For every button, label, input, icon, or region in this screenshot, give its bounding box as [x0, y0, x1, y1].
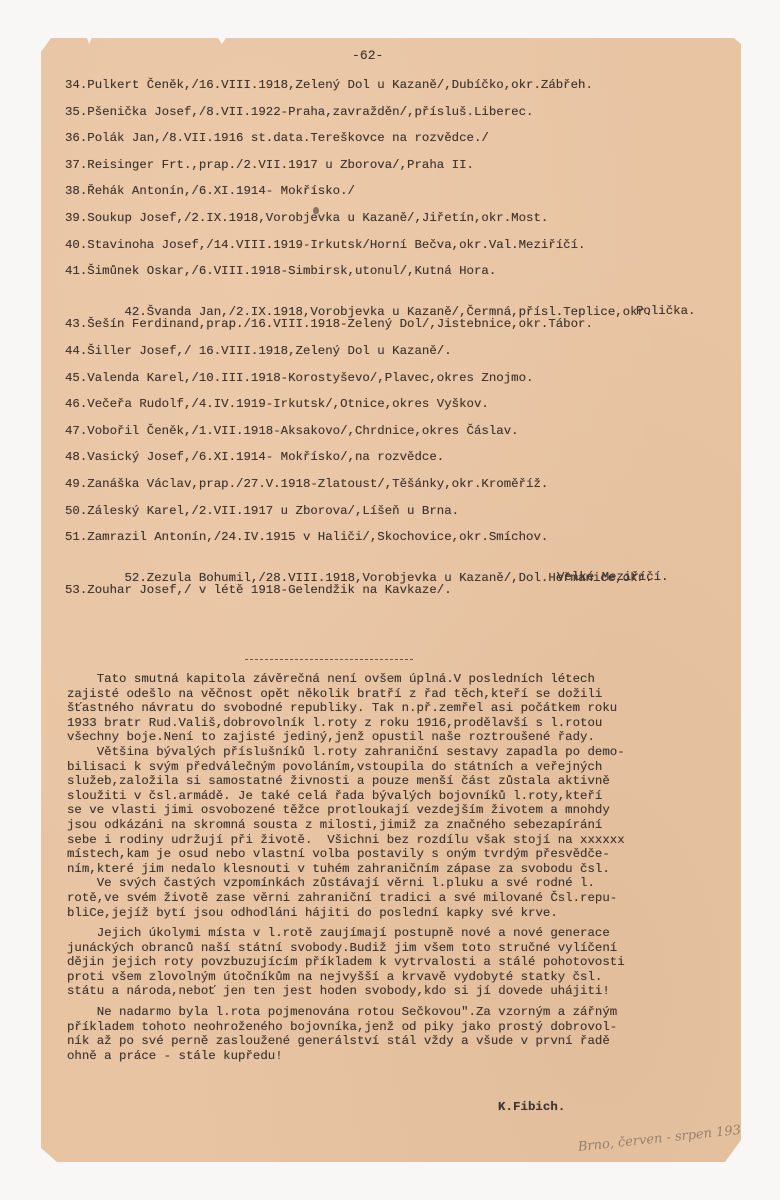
- list-item: 44.Šiller Josef,/ 16.VIII.1918,Zelený Do…: [65, 344, 652, 371]
- text-line: ník až po své perně zasloužené generálst…: [67, 1034, 625, 1049]
- list-item: 46.Večeřa Rudolf,/4.IV.1919-Irkutsk/,Otn…: [65, 397, 652, 424]
- list-item-text: 44.Šiller Josef,/ 16.VIII.1918,Zelený Do…: [65, 344, 452, 358]
- text-line: sloužiti v čsl.armádě. Je také celá řada…: [67, 789, 625, 804]
- text-line: ohně a práce - stále kupředu!: [67, 1049, 625, 1064]
- text-line: Tato smutná kapitola závěrečná není ovše…: [67, 672, 625, 687]
- text-line: bilisaci k svým předválečným povoláním,v…: [67, 760, 625, 775]
- list-item-text: 34.Pulkert Čeněk,/16.VIII.1918,Zelený Do…: [65, 78, 593, 92]
- text-line: místech,kam je osud nebo vlastní volba p…: [67, 847, 625, 862]
- list-item: 34.Pulkert Čeněk,/16.VIII.1918,Zelený Do…: [65, 78, 652, 105]
- list-item: 50.Záleský Karel,/2.VII.1917 u Zborova/,…: [65, 504, 652, 531]
- handwritten-note: Brno, červen - srpen 1934: [577, 1122, 750, 1155]
- list-item: 39.Soukup Josef,/2.IX.1918,Vorobjevka u …: [65, 211, 652, 238]
- text-line: dějin jejich roty povzbuzujícím příklade…: [67, 955, 625, 970]
- text-line: služeb,založila si samostatné živnosti a…: [67, 774, 625, 789]
- text-line: Ve svých častých vzpomínkách zůstávají v…: [67, 876, 625, 891]
- text-line: příkladem tohoto neohroženého bojovníka,…: [67, 1020, 625, 1035]
- list-item: 49.Zanáška Václav,prap./27.V.1918-Zlatou…: [65, 477, 652, 504]
- list-item-text: 38.Řehák Antonín,/6.XI.1914- Mokřísko./: [65, 184, 355, 198]
- list-item: 42.Švanda Jan,/2.IX.1918,Vorobjevka u Ka…: [65, 291, 652, 318]
- paragraph-closing-3: Ne nadarmo byla l.rota pojmenována rotou…: [67, 1005, 625, 1063]
- list-item-text: 45.Valenda Karel,/10.III.1918-Korostyšev…: [65, 371, 533, 385]
- text-line: ním,které jim nedalo klesnouti v tuhém z…: [67, 862, 625, 877]
- text-line: bliCe,jejíž bytí jsou odhodláni hájiti d…: [67, 906, 625, 921]
- author-signature: K.Fibich.: [498, 1100, 565, 1114]
- list-item-text: 41.Šimůnek Oskar,/6.VIII.1918-Simbirsk,u…: [65, 264, 496, 278]
- text-line: proti všem zlovolným útočníkům na nejvyš…: [67, 970, 625, 985]
- list-item-text: 40.Stavinoha Josef,/14.VIII.1919-Irkutsk…: [65, 238, 586, 252]
- list-item: 40.Stavinoha Josef,/14.VIII.1919-Irkutsk…: [65, 238, 652, 265]
- text-line: Jejich úkolymi místa v l.rotě zaujímají …: [67, 926, 625, 941]
- list-item: 43.Šešín Ferdinand,prap./16.VIII.1918-Ze…: [65, 317, 652, 344]
- list-item: 36.Polák Jan,/8.VII.1916 st.data.Tereško…: [65, 131, 652, 158]
- text-line: sebe i rodiny udržují při životě. Všichn…: [67, 833, 625, 848]
- text-line: 1933 bratr Rud.Vališ,dobrovolník l.roty …: [67, 716, 625, 731]
- list-item: 47.Vobořil Čeněk,/1.VII.1918-Aksakovo/,C…: [65, 424, 652, 451]
- list-item-text: 37.Reisinger Frt.,prap./2.VII.1917 u Zbo…: [65, 158, 474, 172]
- page-number: -62-: [352, 48, 383, 63]
- list-item-text: 47.Vobořil Čeněk,/1.VII.1918-Aksakovo/,C…: [65, 424, 519, 438]
- list-item-text: 35.Pšenička Josef,/8.VII.1922-Praha,zavr…: [65, 105, 533, 119]
- paragraph-closing-1: Tato smutná kapitola závěrečná není ovše…: [67, 672, 625, 920]
- list-item-text: 50.Záleský Karel,/2.VII.1917 u Zborova/,…: [65, 504, 459, 518]
- text-line: státu a národa,neboť jen ten jest hoden …: [67, 984, 625, 999]
- text-line: Ne nadarmo byla l.rota pojmenována rotou…: [67, 1005, 625, 1020]
- list-item: 51.Zamrazil Antonín,/24.IV.1915 v Haliči…: [65, 530, 652, 557]
- section-divider: [245, 659, 413, 660]
- list-item-text: 51.Zamrazil Antonín,/24.IV.1915 v Haliči…: [65, 530, 548, 544]
- list-item: 41.Šimůnek Oskar,/6.VIII.1918-Simbirsk,u…: [65, 264, 652, 291]
- list-item-text: 53.Zouhar Josef,/ v létě 1918-Gelendžik …: [65, 583, 452, 597]
- list-item: 35.Pšenička Josef,/8.VII.1922-Praha,zavr…: [65, 105, 652, 132]
- text-line: rotě,ve svém životě zase věrni zahraničn…: [67, 891, 625, 906]
- text-line: junáckých obranců naší státní svobody.Bu…: [67, 941, 625, 956]
- list-item-text: 43.Šešín Ferdinand,prap./16.VIII.1918-Ze…: [65, 317, 593, 331]
- list-item: 37.Reisinger Frt.,prap./2.VII.1917 u Zbo…: [65, 158, 652, 185]
- text-line: jsou odkázáni na skromná sousta z milost…: [67, 818, 625, 833]
- list-item-text: 39.Soukup Josef,/2.IX.1918,Vorobjevka u …: [65, 211, 548, 225]
- list-item-continuation: Polička.: [636, 304, 696, 318]
- text-line: zajisté odešlo na věčnost opět několik b…: [67, 687, 625, 702]
- document-page: -62- 34.Pulkert Čeněk,/16.VIII.1918,Zele…: [41, 38, 741, 1162]
- closing-text: Tato smutná kapitola závěrečná není ovše…: [67, 672, 625, 1063]
- list-item-continuation: Velké Meziříčí.: [557, 570, 669, 584]
- list-item-text: 36.Polák Jan,/8.VII.1916 st.data.Tereško…: [65, 131, 489, 145]
- text-line: Většina bývalých příslušníků l.roty zahr…: [67, 745, 625, 760]
- ink-blot: [313, 207, 319, 214]
- list-item: 52.Zezula Bohumil,/28.VIII.1918,Vorobjev…: [65, 557, 652, 584]
- casualty-list: 34.Pulkert Čeněk,/16.VIII.1918,Zelený Do…: [65, 78, 652, 610]
- text-line: všechny boje.Není to zajisté jediný,jenž…: [67, 730, 625, 745]
- paragraph-closing-2: Jejich úkolymi místa v l.rotě zaujímají …: [67, 926, 625, 999]
- list-item-text: 48.Vasický Josef,/6.XI.1914- Mokřísko/,n…: [65, 450, 444, 464]
- list-item: 48.Vasický Josef,/6.XI.1914- Mokřísko/,n…: [65, 450, 652, 477]
- list-item: 45.Valenda Karel,/10.III.1918-Korostyšev…: [65, 371, 652, 398]
- list-item: 53.Zouhar Josef,/ v létě 1918-Gelendžik …: [65, 583, 652, 610]
- list-item: 38.Řehák Antonín,/6.XI.1914- Mokřísko./: [65, 184, 652, 211]
- text-line: se ve vlasti jimi osvobozené těžce protl…: [67, 803, 625, 818]
- list-item-text: 46.Večeřa Rudolf,/4.IV.1919-Irkutsk/,Otn…: [65, 397, 489, 411]
- list-item-text: 49.Zanáška Václav,prap./27.V.1918-Zlatou…: [65, 477, 548, 491]
- text-line: šťastného návratu do svobodné republiky.…: [67, 701, 625, 716]
- scan-background: -62- 34.Pulkert Čeněk,/16.VIII.1918,Zele…: [0, 0, 780, 1200]
